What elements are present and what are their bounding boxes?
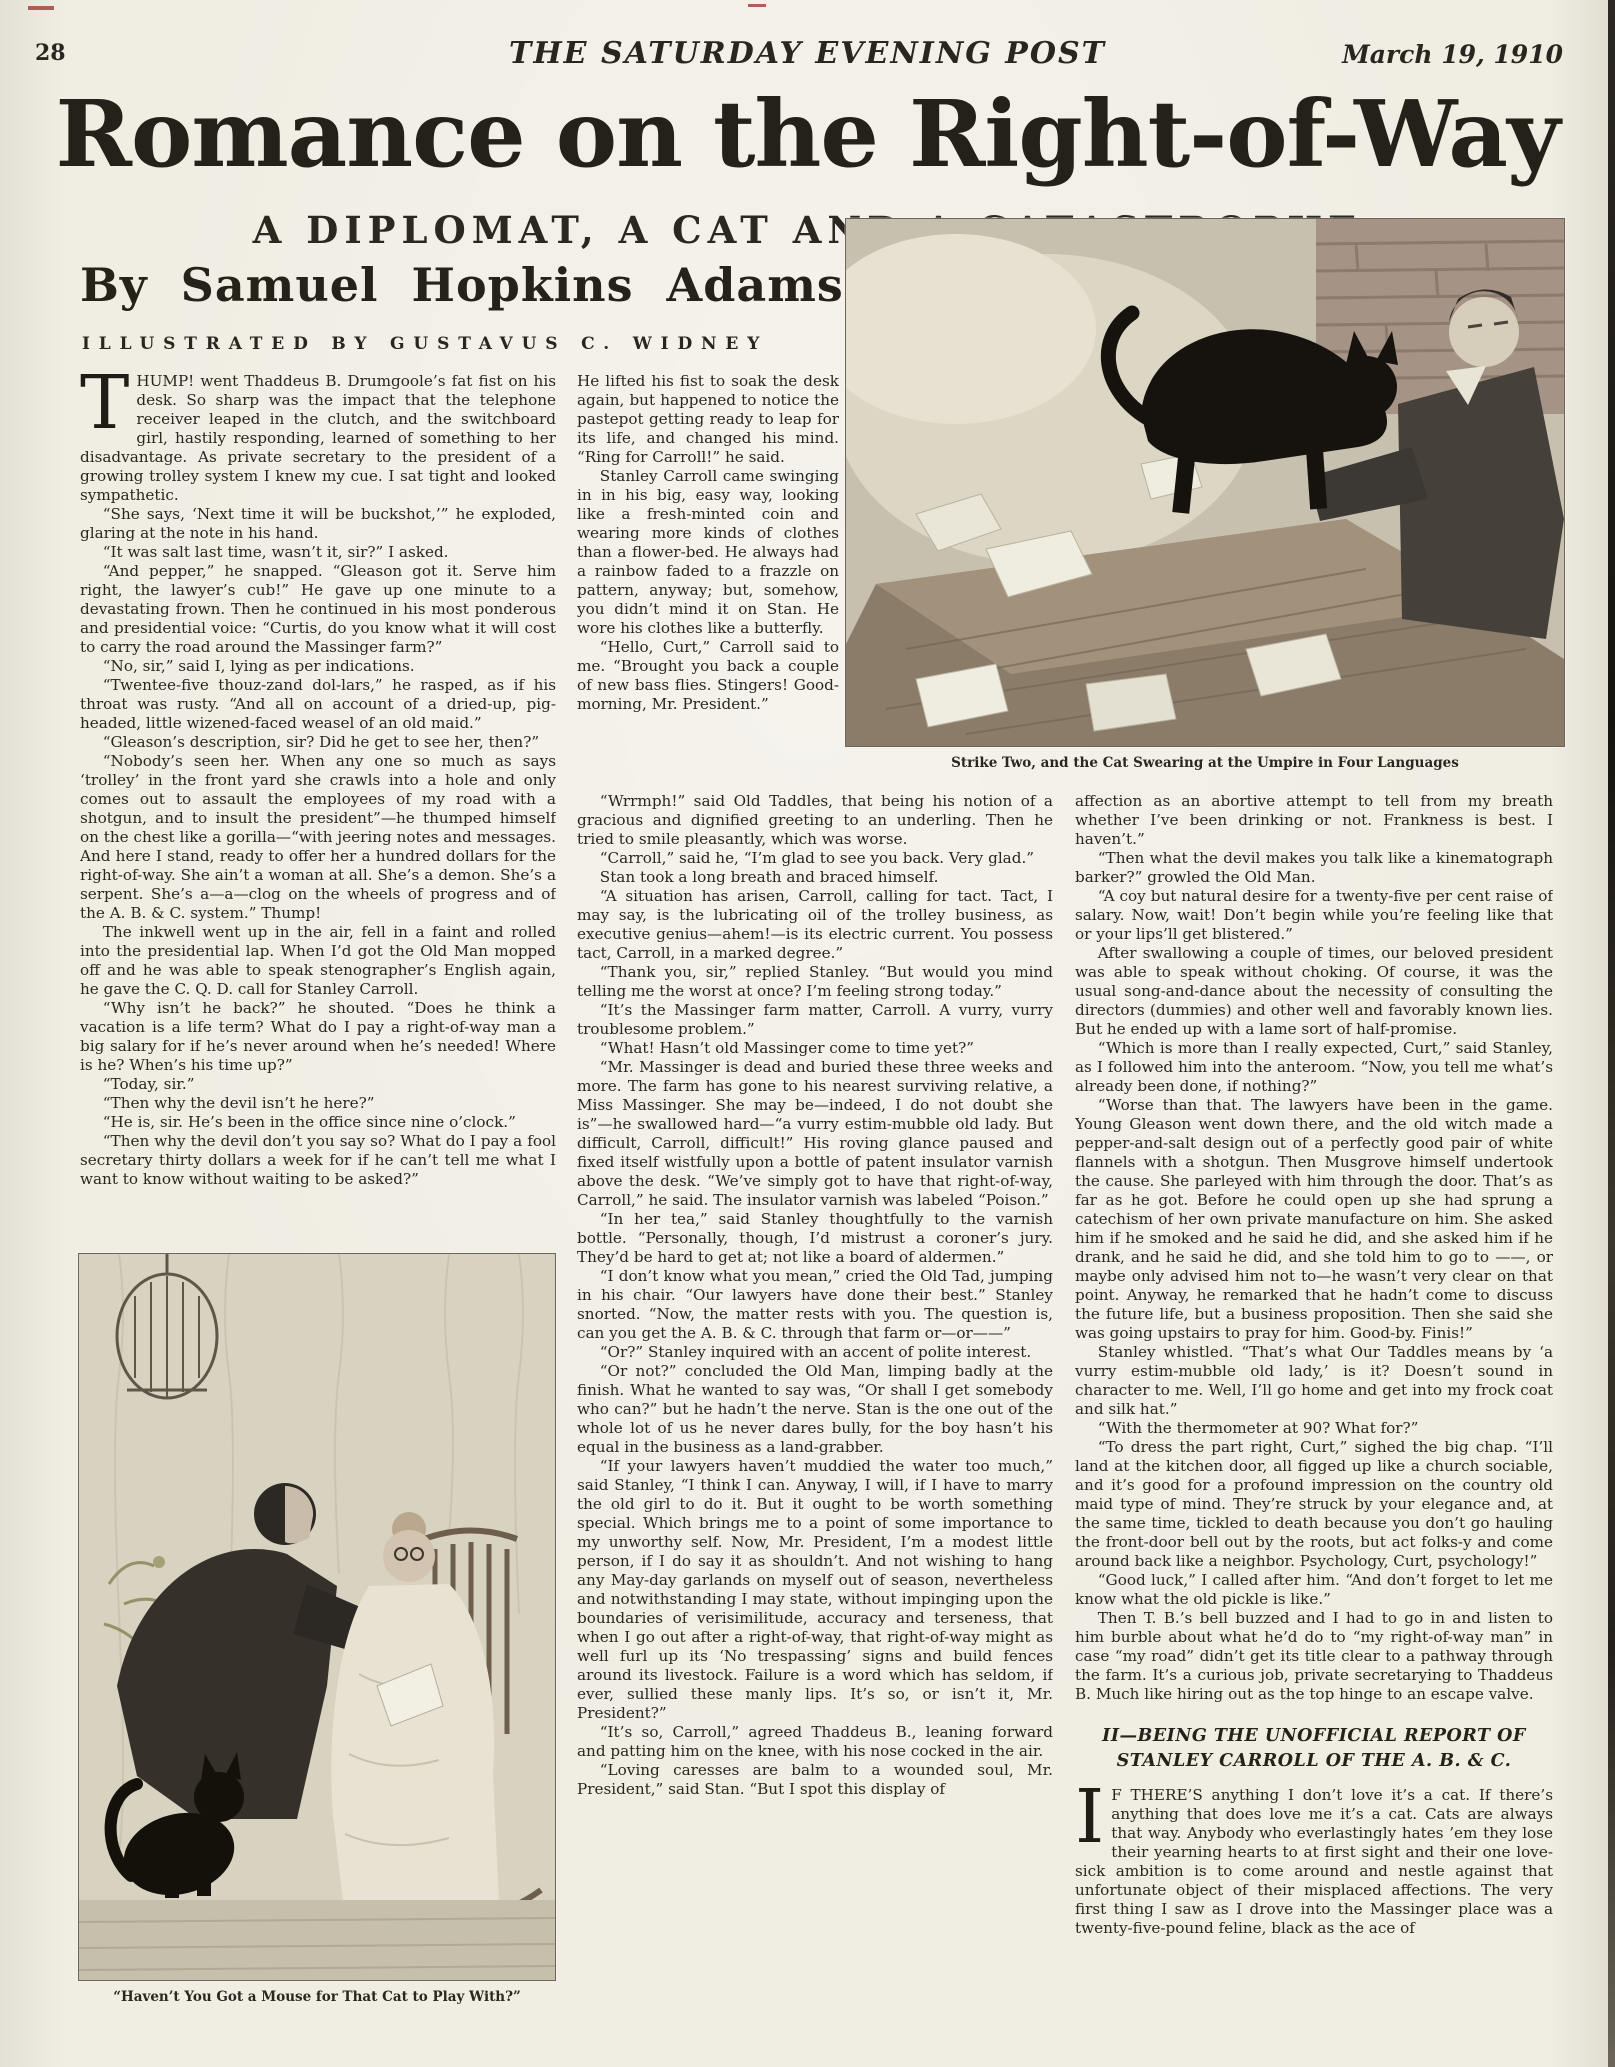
column-left: THUMP! went Thaddeus B. Drumgoole’s fat … [80, 372, 556, 1248]
paragraph: “Today, sir.” [80, 1075, 556, 1094]
paragraph: “Which is more than I really expected, C… [1075, 1039, 1553, 1096]
article-title: Romance on the Right-of-Way [0, 80, 1615, 188]
scan-page-edge [1608, 0, 1615, 2067]
paragraph: “To dress the part right, Curt,” sighed … [1075, 1438, 1553, 1571]
paragraph: “Worse than that. The lawyers have been … [1075, 1096, 1553, 1343]
paragraph: “It was salt last time, wasn’t it, sir?”… [80, 543, 556, 562]
paragraph: “Nobody’s seen her. When any one so much… [80, 752, 556, 923]
paragraph: “Why isn’t he back?” he shouted. “Does h… [80, 999, 556, 1075]
paragraph: “No, sir,” said I, lying as per indicati… [80, 657, 556, 676]
paragraph: “What! Hasn’t old Massinger come to time… [577, 1039, 1053, 1058]
paragraph: “It’s the Massinger farm matter, Carroll… [577, 1001, 1053, 1039]
figure-parlor-scene: “Haven’t You Got a Mouse for That Cat to… [78, 1253, 556, 2005]
paragraph: “Loving caresses are balm to a wounded s… [577, 1761, 1053, 1799]
paragraph: “Good luck,” I called after him. “And do… [1075, 1571, 1553, 1609]
paragraph: Stan took a long breath and braced himse… [577, 868, 1053, 887]
section-heading: II—BEING THE UNOFFICIAL REPORT OF STANLE… [1081, 1724, 1547, 1774]
paragraph: “It’s so, Carroll,” agreed Thaddeus B., … [577, 1723, 1053, 1761]
paragraph: IF THERE’S anything I don’t love it’s a … [1075, 1786, 1553, 1938]
paragraph: “Thank you, sir,” replied Stanley. “But … [577, 963, 1053, 1001]
paragraph: “Twentee-five thouz-zand dol-lars,” he r… [80, 676, 556, 733]
paragraph: The inkwell went up in the air, fell in … [80, 923, 556, 999]
paragraph: THUMP! went Thaddeus B. Drumgoole’s fat … [80, 372, 556, 505]
paragraph: Stanley Carroll came swinging in in his … [577, 467, 839, 638]
drop-cap: I [1075, 1786, 1111, 1846]
paragraph: After swallowing a couple of times, our … [1075, 944, 1553, 1039]
paragraph: “And pepper,” he snapped. “Gleason got i… [80, 562, 556, 657]
column-right-part1: affection as an abortive attempt to tell… [1075, 792, 1553, 1704]
paragraph: “Carroll,” said he, “I’m glad to see you… [577, 849, 1053, 868]
paragraph: “A coy but natural desire for a twenty-f… [1075, 887, 1553, 944]
figure-caption: “Haven’t You Got a Mouse for That Cat to… [78, 1981, 556, 2005]
paragraph: “I don’t know what you mean,” cried the … [577, 1267, 1053, 1343]
paragraph: “Then what the devil makes you talk like… [1075, 849, 1553, 887]
paragraph: “Or not?” concluded the Old Man, limping… [577, 1362, 1053, 1457]
paragraph: “Then why the devil don’t you say so? Wh… [80, 1132, 556, 1189]
paragraph: “If your lawyers haven’t muddied the wat… [577, 1457, 1053, 1723]
paragraph: “Wrrmph!” said Old Taddles, that being h… [577, 792, 1053, 849]
paragraph: “He is, sir. He’s been in the office sin… [80, 1113, 556, 1132]
drop-cap: T [80, 372, 136, 432]
paragraph: “Or?” Stanley inquired with an accent of… [577, 1343, 1053, 1362]
illustrator-credit: ILLUSTRATED BY GUSTAVUS C. WIDNEY [82, 334, 768, 354]
column-middle: “Wrrmph!” said Old Taddles, that being h… [577, 792, 1053, 2042]
paragraph: “Then why the devil isn’t he here?” [80, 1094, 556, 1113]
scan-mark [748, 4, 766, 7]
paragraph: “A situation has arisen, Carroll, callin… [577, 887, 1053, 963]
magazine-page: 28 THE SATURDAY EVENING POST March 19, 1… [0, 0, 1615, 2067]
paragraph: “Mr. Massinger is dead and buried these … [577, 1058, 1053, 1210]
paragraph: Then T. B.’s bell buzzed and I had to go… [1075, 1609, 1553, 1704]
parlor-scene-illustration [78, 1253, 556, 1981]
column-right: affection as an abortive attempt to tell… [1075, 792, 1553, 2044]
paragraph: “Hello, Curt,” Carroll said to me. “Brou… [577, 638, 839, 714]
byline: By Samuel Hopkins Adams [80, 258, 844, 312]
scan-mark [28, 6, 54, 10]
section-two-text: IF THERE’S anything I don’t love it’s a … [1075, 1786, 1553, 1938]
paragraph: He lifted his fist to soak the desk agai… [577, 372, 839, 467]
paragraph: “In her tea,” said Stanley thoughtfully … [577, 1210, 1053, 1267]
cat-attack-illustration [845, 218, 1565, 747]
paragraph: “With the thermometer at 90? What for?” [1075, 1419, 1553, 1438]
paragraph: Stanley whistled. “That’s what Our Taddl… [1075, 1343, 1553, 1419]
figure-cat-attack: Strike Two, and the Cat Swearing at the … [845, 218, 1565, 771]
column-middle-narrow: He lifted his fist to soak the desk agai… [577, 372, 839, 796]
paragraph: “She says, ‘Next time it will be bucksho… [80, 505, 556, 543]
figure-caption: Strike Two, and the Cat Swearing at the … [845, 747, 1565, 771]
paragraph: “Gleason’s description, sir? Did he get … [80, 733, 556, 752]
paragraph: affection as an abortive attempt to tell… [1075, 792, 1553, 849]
issue-date: March 19, 1910 [1342, 40, 1563, 69]
